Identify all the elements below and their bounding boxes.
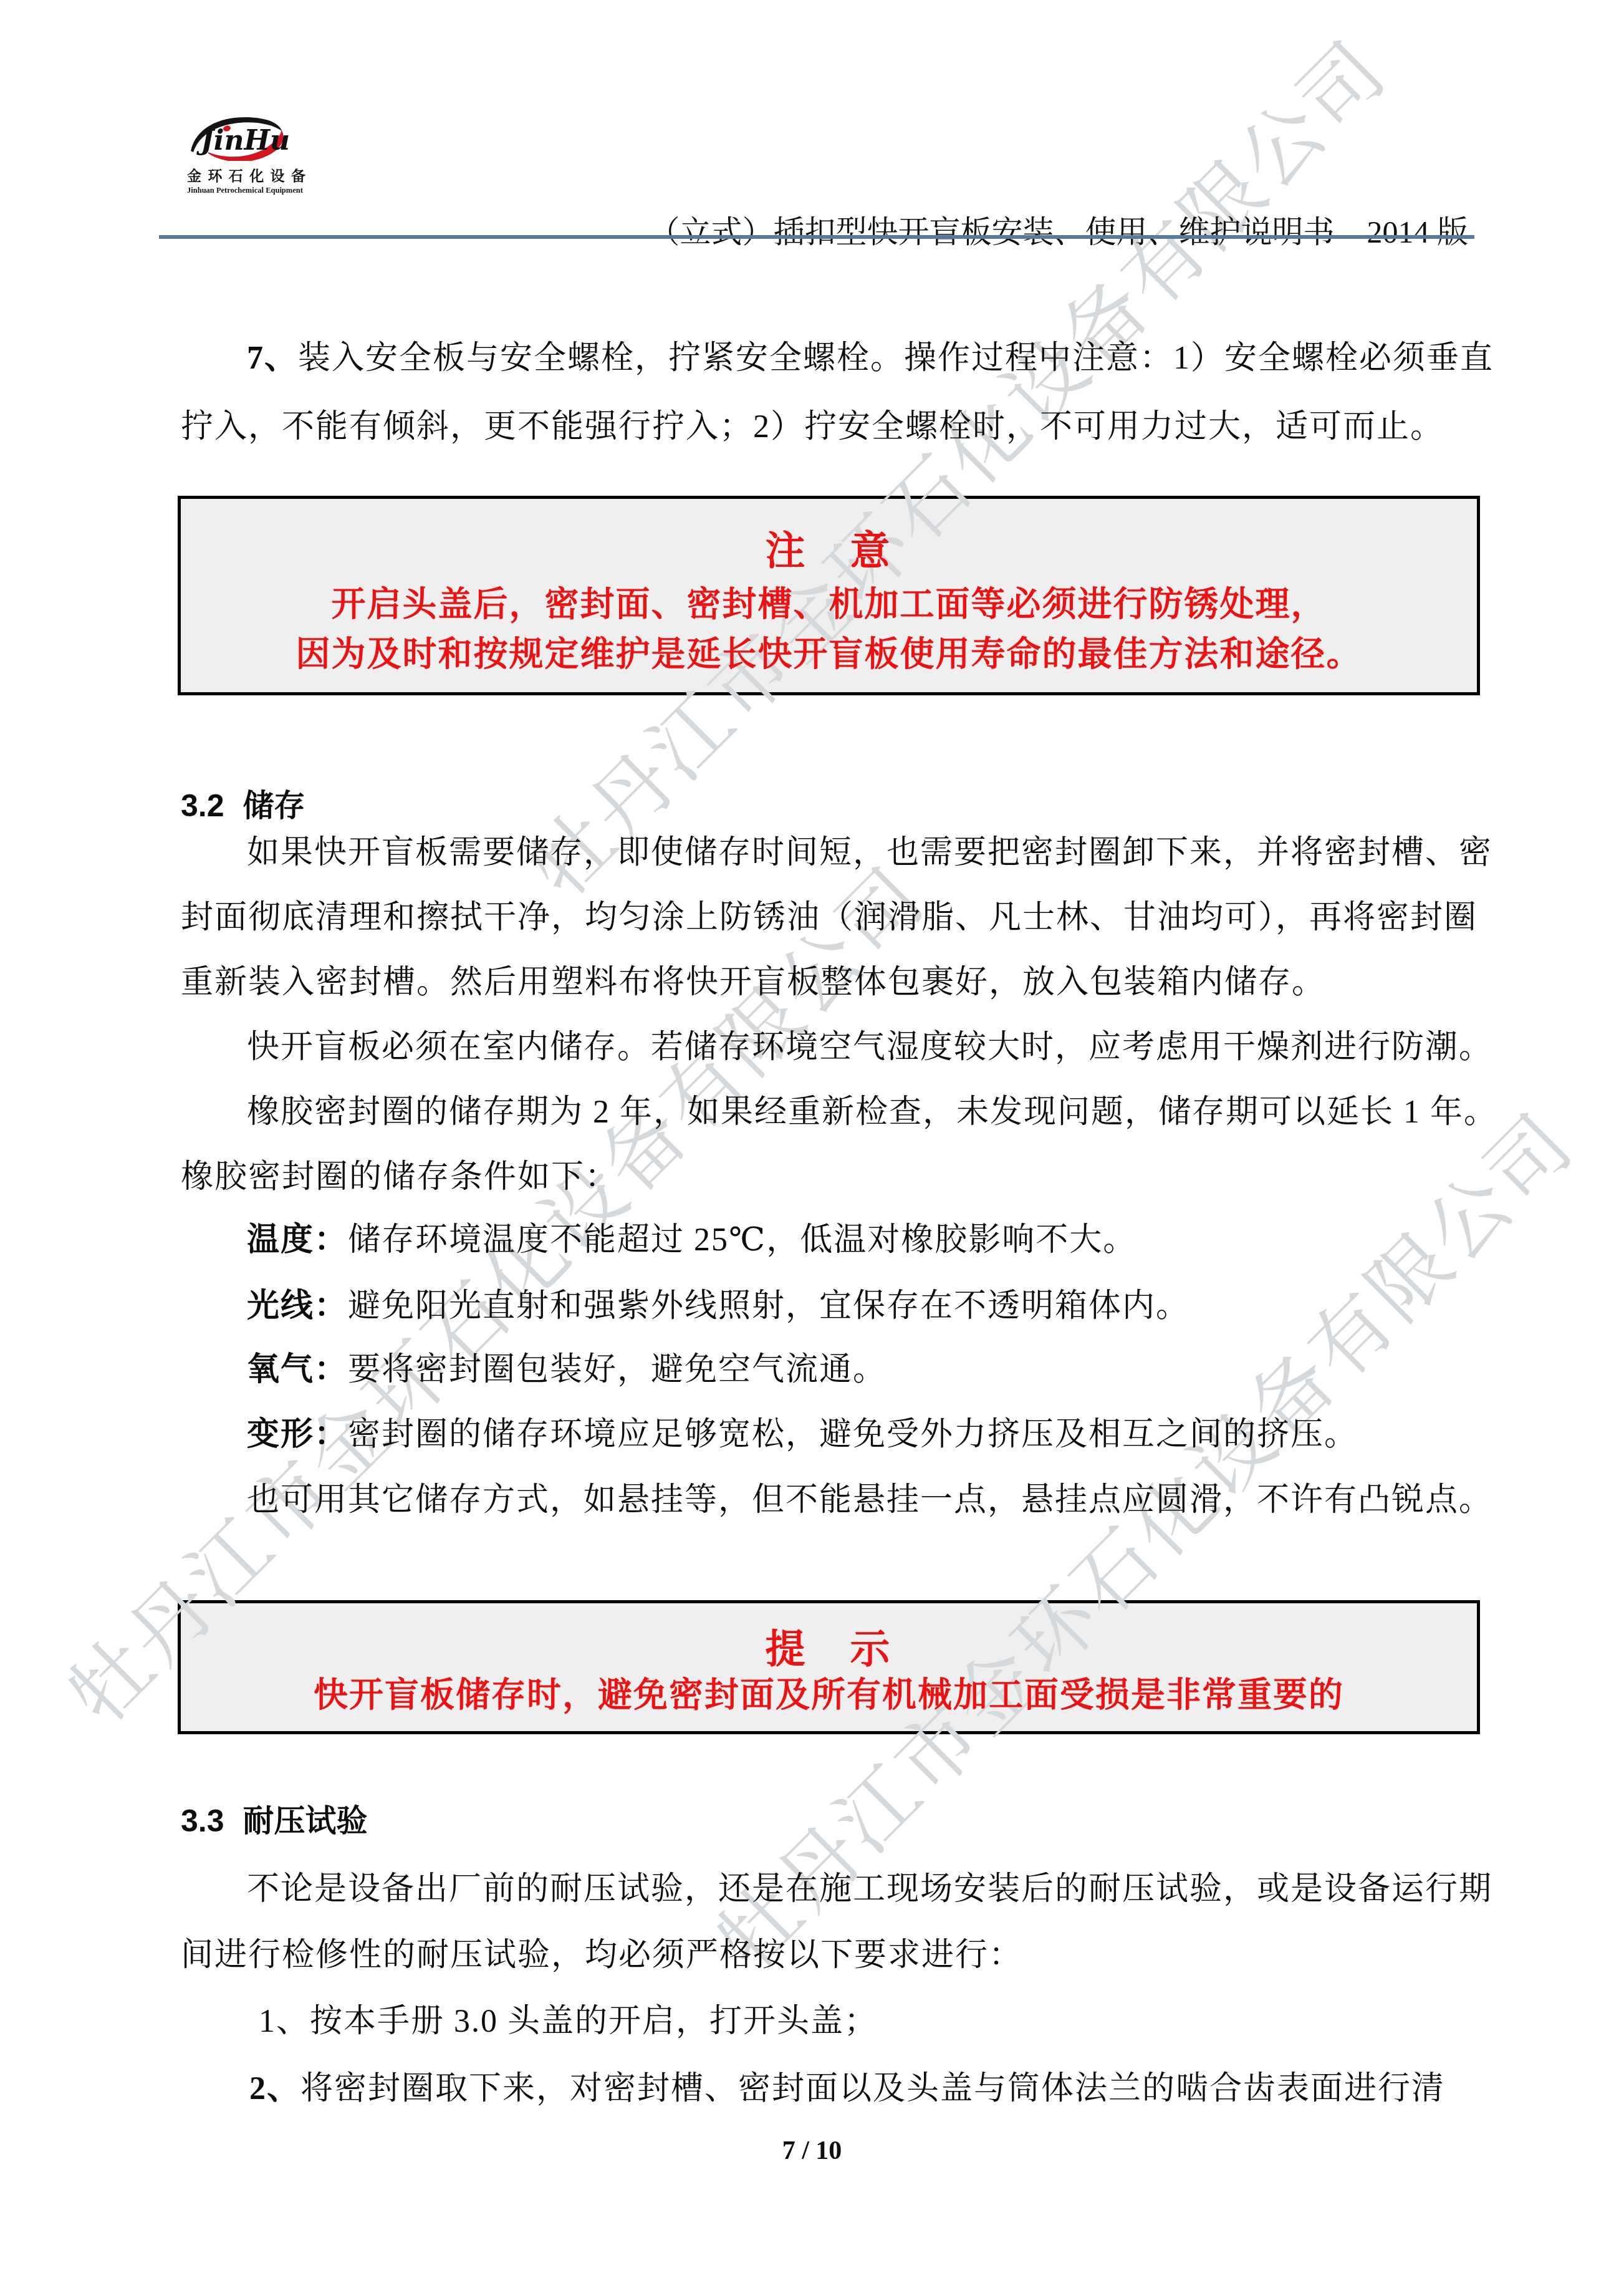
storage-conditions-line: 橡胶密封圈的储存条件如下：	[181, 1159, 618, 1196]
document-header: （立式）插扣型快开盲板安装、使用、维护说明书2014 版	[649, 207, 1469, 252]
watermark-bottom: 牡丹江市金环石化设备有限公司	[687, 1083, 1595, 1992]
tip-line-1: 快开盲板储存时，避免密封面及所有机械加工面受损是非常重要的	[181, 1667, 1477, 1716]
pressure-test-item-2: 2、将密封圈取下来，对密封槽、密封面以及头盖与筒体法兰的啮合齿表面进行清	[249, 2070, 1445, 2108]
watermark-top: 牡丹江市金环石化设备有限公司	[500, 11, 1408, 919]
storage-indoor-line: 快开盲板必须在室内储存。若储存环境空气湿度较大时，应考虑用干燥剂进行防潮。	[247, 1029, 1492, 1066]
light-text: 避免阳光直射和强紫外线照射，宜保存在不透明箱体内。	[348, 1288, 1189, 1324]
tip-title: 提 示	[181, 1617, 1477, 1674]
storage-alternative-line: 也可用其它储存方式，如悬挂等，但不能悬挂一点，悬挂点应圆滑，不许有凸锐点。	[247, 1482, 1492, 1519]
section-3-2-number: 3.2	[181, 788, 224, 823]
logo-english-name: Jinhuan Petrochemical Equipment	[187, 186, 296, 195]
oxygen-label: 氧气：	[247, 1351, 348, 1388]
section-3-2-heading: 3.2储存	[181, 781, 305, 826]
pressure-test-line-2: 间进行检修性的耐压试验，均必须严格按以下要求进行：	[181, 1937, 1022, 1974]
logo-swoosh-graphic: JinHuan	[187, 113, 290, 161]
item-2-text: 将密封圈取下来，对密封槽、密封面以及头盖与筒体法兰的啮合齿表面进行清	[300, 2071, 1445, 2107]
para-7-number: 7、	[247, 340, 298, 376]
logo-script-text: JinHuan	[196, 125, 290, 157]
document-edition: 2014 版	[1367, 215, 1469, 249]
storage-period-line: 橡胶密封圈的储存期为 2 年，如果经重新检查，未发现问题，储存期可以延长 1 年…	[247, 1094, 1497, 1131]
notice-box: 注 意 开启头盖后，密封面、密封槽、机加工面等必须进行防锈处理， 因为及时和按规…	[178, 496, 1480, 695]
condition-light: 光线：避免阳光直射和强紫外线照射，宜保存在不透明箱体内。	[247, 1287, 1189, 1325]
pressure-test-line-1: 不论是设备出厂前的耐压试验，还是在施工现场安装后的耐压试验，或是设备运行期	[247, 1871, 1492, 1908]
condition-deform: 变形：密封圈的储存环境应足够宽松，避免受外力挤压及相互之间的挤压。	[247, 1416, 1358, 1454]
tip-box: 提 示 快开盲板储存时，避免密封面及所有机械加工面受损是非常重要的	[178, 1600, 1480, 1734]
company-logo: JinHuan 金 环 石 化 设 备 Jinhuan Petrochemica…	[187, 113, 296, 195]
header-rule	[159, 235, 1474, 239]
section-3-3-title: 耐压试验	[243, 1803, 368, 1838]
condition-oxygen: 氧气：要将密封圈包装好，避免空气流通。	[247, 1351, 886, 1389]
para-7-line-1: 7、装入安全板与安全螺栓，拧紧安全螺栓。操作过程中注意：1）安全螺栓必须垂直	[247, 340, 1494, 377]
document-title: （立式）插扣型快开盲板安装、使用、维护说明书	[649, 215, 1335, 249]
notice-line-1: 开启头盖后，密封面、密封槽、机加工面等必须进行防锈处理，	[181, 576, 1477, 625]
section-3-2-title: 储存	[243, 788, 305, 823]
temperature-label: 温度：	[247, 1222, 348, 1258]
notice-line-2: 因为及时和按规定维护是延长快开盲板使用寿命的最佳方法和途径。	[181, 626, 1477, 675]
section-3-3-number: 3.3	[181, 1803, 224, 1838]
oxygen-text: 要将密封圈包装好，避免空气流通。	[348, 1352, 886, 1388]
notice-title: 注 意	[181, 519, 1477, 576]
storage-para-line-2: 封面彻底清理和擦拭干净，均匀涂上防锈油（润滑脂、凡士林、甘油均可），再将密封圈	[181, 899, 1477, 937]
document-page: JinHuan 金 环 石 化 设 备 Jinhuan Petrochemica…	[0, 0, 1624, 2283]
storage-para-line-3: 重新装入密封槽。然后用塑料布将快开盲板整体包裹好，放入包装箱内储存。	[181, 964, 1325, 1002]
temperature-text: 储存环境温度不能超过 25℃，低温对橡胶影响不大。	[348, 1222, 1136, 1258]
para-7-line-2: 拧入，不能有倾斜，更不能强行拧入；2）拧安全螺栓时，不可用力过大，适可而止。	[181, 408, 1444, 446]
item-2-number: 2、	[249, 2071, 300, 2107]
condition-temperature: 温度：储存环境温度不能超过 25℃，低温对橡胶影响不大。	[247, 1221, 1136, 1259]
storage-para-line-1: 如果快开盲板需要储存，即使储存时间短，也需要把密封圈卸下来，并将密封槽、密	[247, 834, 1492, 872]
section-3-3-heading: 3.3耐压试验	[181, 1796, 368, 1841]
para-7-line-1-text: 装入安全板与安全螺栓，拧紧安全螺栓。操作过程中注意：1）安全螺栓必须垂直	[298, 340, 1494, 376]
page-number: 7 / 10	[0, 2136, 1624, 2166]
light-label: 光线：	[247, 1288, 348, 1324]
logo-chinese-name: 金 环 石 化 设 备	[187, 165, 296, 185]
deform-label: 变形：	[247, 1416, 348, 1452]
deform-text: 密封圈的储存环境应足够宽松，避免受外力挤压及相互之间的挤压。	[348, 1417, 1358, 1452]
pressure-test-item-1: 1、按本手册 3.0 头盖的开启，打开头盖；	[259, 2003, 878, 2040]
